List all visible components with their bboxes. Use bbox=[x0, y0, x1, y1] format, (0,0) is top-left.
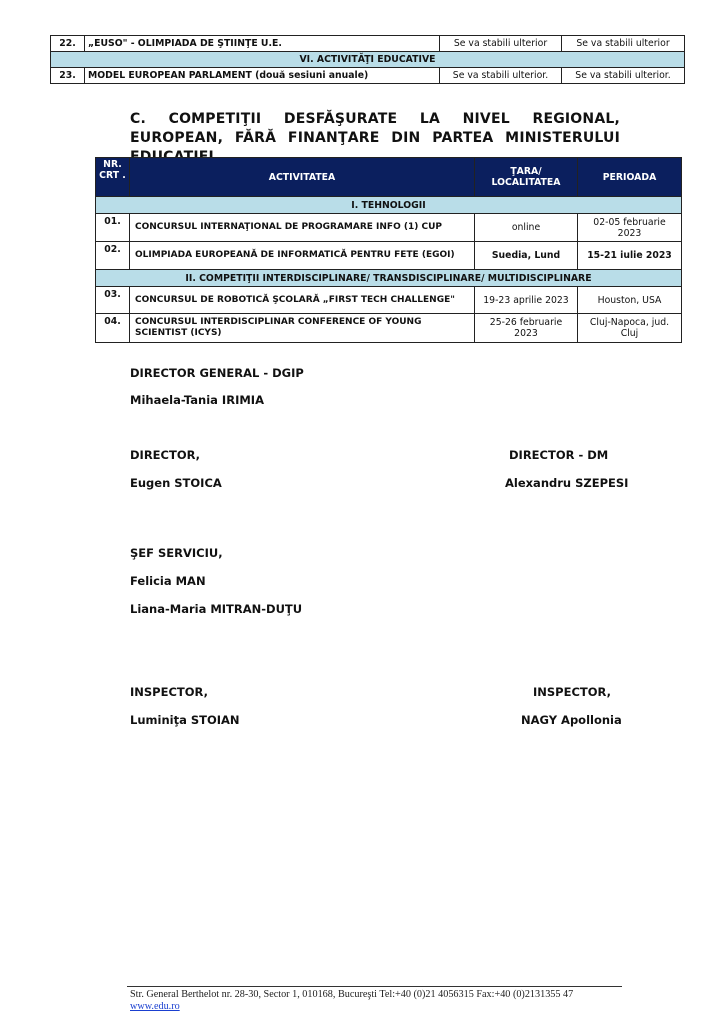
activity-cell: OLIMPIADA EUROPEANĂ DE INFORMATICĂ PENTR… bbox=[130, 242, 475, 270]
period-cell: Se va stabili ulterior. bbox=[562, 68, 685, 84]
table-row: 02. OLIMPIADA EUROPEANĂ DE INFORMATICĂ P… bbox=[96, 242, 682, 270]
section-row: II. COMPETIŢII INTERDISCIPLINARE/ TRANSD… bbox=[96, 270, 682, 287]
location-cell: 25-26 februarie 2023 bbox=[475, 314, 578, 343]
period-cell: Houston, USA bbox=[578, 287, 682, 314]
activity-cell: CONCURSUL INTERNAŢIONAL DE PROGRAMARE IN… bbox=[130, 214, 475, 242]
header-activity: ACTIVITATEA bbox=[130, 158, 475, 197]
location-cell: Se va stabili ulterior. bbox=[440, 68, 562, 84]
header-nr: NR. CRT . bbox=[96, 158, 130, 197]
row-number: 22. bbox=[51, 36, 85, 52]
table-row: 01. CONCURSUL INTERNAŢIONAL DE PROGRAMAR… bbox=[96, 214, 682, 242]
row-number: 23. bbox=[51, 68, 85, 84]
activity-cell: „EUSO" - OLIMPIADA DE ŞTIINŢE U.E. bbox=[85, 36, 440, 52]
table-header-row: NR. CRT . ACTIVITATEA ŢARA/ LOCALITATEA … bbox=[96, 158, 682, 197]
sef-serviciu-name-1: Felicia MAN bbox=[130, 574, 206, 588]
section-label: I. TEHNOLOGII bbox=[96, 197, 682, 214]
row-number: 03. bbox=[96, 287, 130, 314]
header-period: PERIOADA bbox=[578, 158, 682, 197]
director-dm-name: Alexandru SZEPESI bbox=[505, 476, 628, 490]
inspector-right-name: NAGY Apollonia bbox=[521, 713, 622, 727]
activity-cell: MODEL EUROPEAN PARLAMENT (două sesiuni a… bbox=[85, 68, 440, 84]
section-row: I. TEHNOLOGII bbox=[96, 197, 682, 214]
location-cell: online bbox=[475, 214, 578, 242]
location-cell: Suedia, Lund bbox=[475, 242, 578, 270]
period-cell: 15-21 iulie 2023 bbox=[578, 242, 682, 270]
inspector-left-name: Luminiţa STOIAN bbox=[130, 713, 240, 727]
footer: Str. General Berthelot nr. 28-30, Sector… bbox=[130, 989, 573, 1013]
inspector-left-title: INSPECTOR, bbox=[130, 685, 208, 699]
table-row: 03. CONCURSUL DE ROBOTICĂ ŞCOLARĂ „FIRST… bbox=[96, 287, 682, 314]
period-cell: 02-05 februarie 2023 bbox=[578, 214, 682, 242]
director-title: DIRECTOR, bbox=[130, 448, 200, 462]
period-cell: Cluj-Napoca, jud. Cluj bbox=[578, 314, 682, 343]
sef-serviciu-title: ŞEF SERVICIU, bbox=[130, 546, 223, 560]
section-row: VI. ACTIVITĂŢI EDUCATIVE bbox=[51, 52, 685, 68]
previous-competitions-table: 22. „EUSO" - OLIMPIADA DE ŞTIINŢE U.E. S… bbox=[50, 35, 685, 84]
period-cell: Se va stabili ulterior bbox=[562, 36, 685, 52]
activity-cell: CONCURSUL DE ROBOTICĂ ŞCOLARĂ „FIRST TEC… bbox=[130, 287, 475, 314]
table-row: 23. MODEL EUROPEAN PARLAMENT (două sesiu… bbox=[51, 68, 685, 84]
footer-divider bbox=[127, 986, 622, 987]
director-name: Eugen STOICA bbox=[130, 476, 222, 490]
director-general-title: DIRECTOR GENERAL - DGIP bbox=[130, 366, 304, 380]
sef-serviciu-name-2: Liana-Maria MITRAN-DUŢU bbox=[130, 602, 302, 616]
location-cell: Se va stabili ulterior bbox=[440, 36, 562, 52]
location-cell: 19-23 aprilie 2023 bbox=[475, 287, 578, 314]
director-general-name: Mihaela-Tania IRIMIA bbox=[130, 393, 264, 407]
director-dm-title: DIRECTOR - DM bbox=[509, 448, 608, 462]
table-row: 04. CONCURSUL INTERDISCIPLINAR CONFERENC… bbox=[96, 314, 682, 343]
table-row: 22. „EUSO" - OLIMPIADA DE ŞTIINŢE U.E. S… bbox=[51, 36, 685, 52]
section-label: VI. ACTIVITĂŢI EDUCATIVE bbox=[51, 52, 685, 68]
section-label: II. COMPETIŢII INTERDISCIPLINARE/ TRANSD… bbox=[96, 270, 682, 287]
row-number: 01. bbox=[96, 214, 130, 242]
header-location: ŢARA/ LOCALITATEA bbox=[475, 158, 578, 197]
row-number: 04. bbox=[96, 314, 130, 343]
row-number: 02. bbox=[96, 242, 130, 270]
footer-link[interactable]: www.edu.ro bbox=[130, 1001, 180, 1012]
regional-competitions-table: NR. CRT . ACTIVITATEA ŢARA/ LOCALITATEA … bbox=[95, 157, 682, 343]
footer-address: Str. General Berthelot nr. 28-30, Sector… bbox=[130, 989, 573, 1001]
activity-cell: CONCURSUL INTERDISCIPLINAR CONFERENCE OF… bbox=[130, 314, 475, 343]
inspector-right-title: INSPECTOR, bbox=[533, 685, 611, 699]
